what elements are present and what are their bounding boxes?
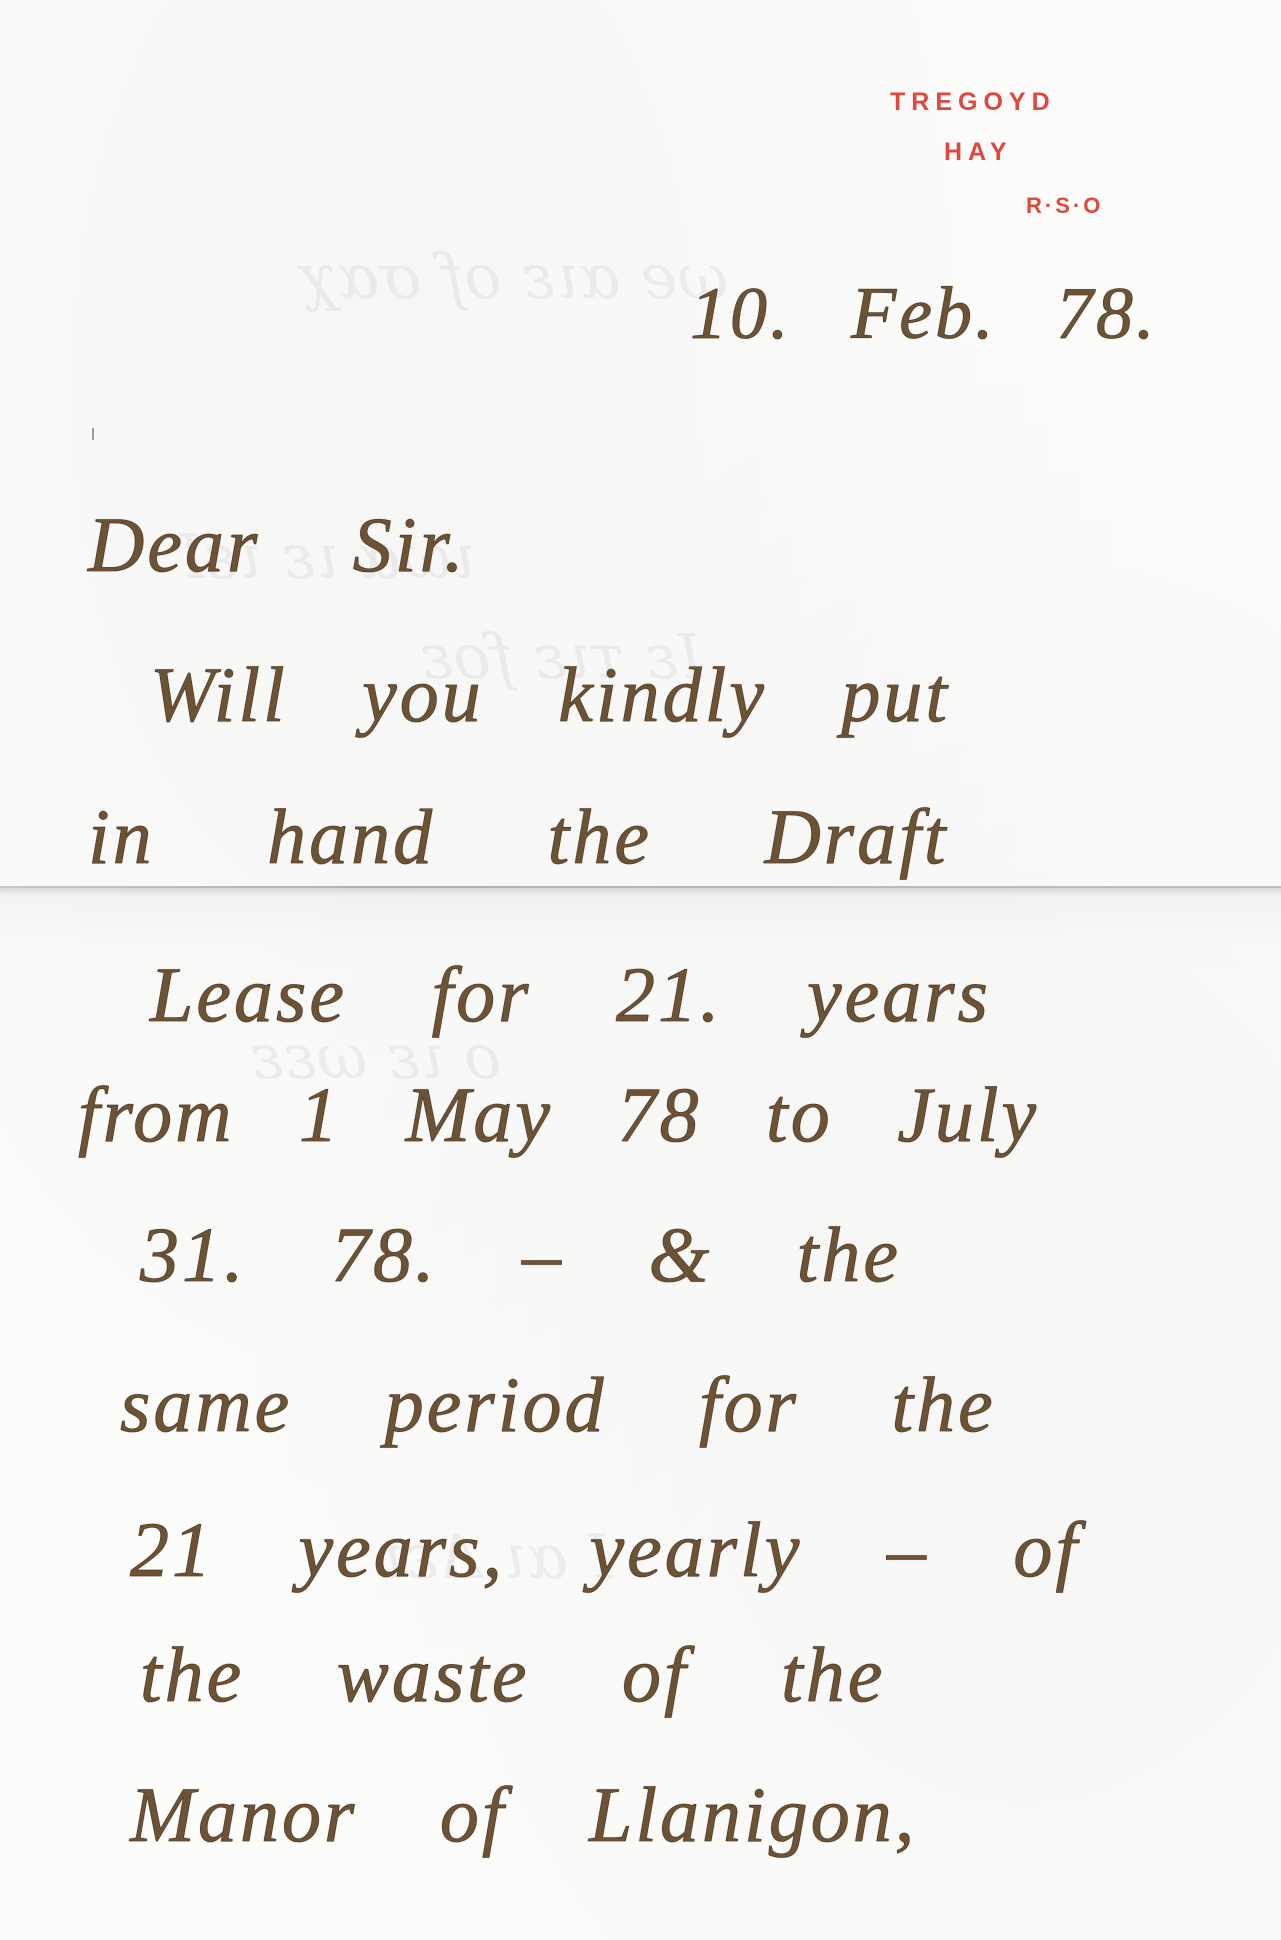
body-line-7: 21 years, yearly – of xyxy=(130,1505,1080,1595)
letterhead-line-2: HAY xyxy=(944,138,1013,167)
ink-mark xyxy=(92,428,94,440)
body-line-4: from 1 May 78 to July xyxy=(78,1070,1039,1160)
letter-date: 10. Feb. 78. xyxy=(690,272,1158,357)
body-line-5: 31. 78. – & the xyxy=(140,1210,901,1300)
body-line-3: Lease for 21. years xyxy=(150,950,991,1040)
letterhead-line-1: TREGOYD xyxy=(890,88,1056,117)
body-line-1: Will you kindly put xyxy=(150,650,950,740)
salutation: Dear Sir. xyxy=(88,500,467,590)
body-line-8: the waste of the xyxy=(140,1630,885,1720)
body-line-6: same period for the xyxy=(120,1360,996,1450)
show-through-text: ωe αιε οf σαχ xyxy=(300,240,728,313)
letterhead-line-3: R·S·O xyxy=(1026,193,1103,219)
body-line-9: Manor of Llanigon, xyxy=(130,1770,917,1860)
body-line-2: in hand the Draft xyxy=(88,792,949,882)
fold-shadow xyxy=(0,888,1281,896)
